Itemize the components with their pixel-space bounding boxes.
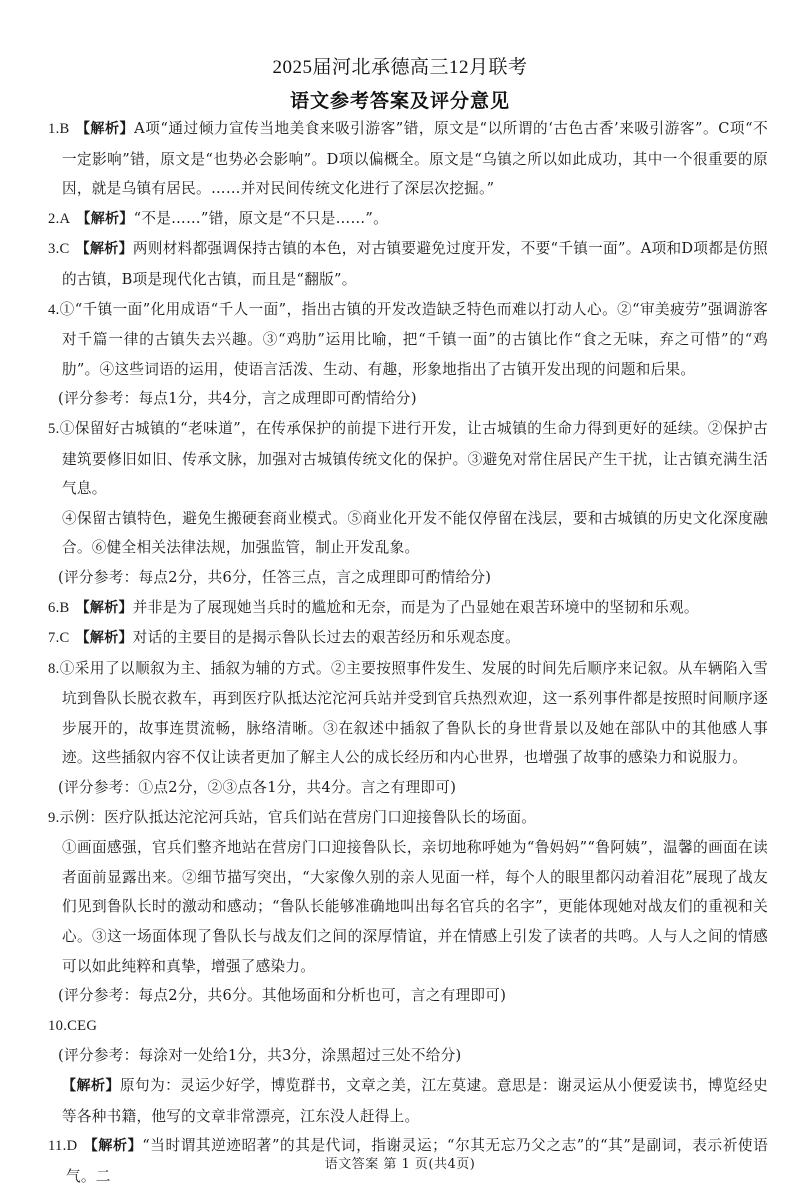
item-number: 5. bbox=[48, 421, 60, 437]
answer-text: ①采用了以顺叙为主、插叙为辅的方式。②主要按照事件发生、发展的时间先后顺序来记叙… bbox=[60, 660, 768, 767]
answer-item-6: 6.B【解析】并非是为了展现她当兵时的尴尬和无奈，而是为了凸显她在艰苦环境中的坚… bbox=[48, 593, 768, 624]
analysis-tag: 【解析】 bbox=[83, 1138, 142, 1154]
answer-text: ①“千镇一面”化用成语“千人一面”，指出古镇的开发改造缺乏特色而难以打动人心。②… bbox=[60, 301, 768, 378]
item-number: 4. bbox=[48, 302, 60, 318]
answer-text: 示例：医疗队抵达沱沱河兵站，官兵们站在营房门口迎接鲁队长的场面。 bbox=[60, 809, 537, 826]
answer-item-4: 4.①“千镇一面”化用成语“千人一面”，指出古镇的开发改造缺乏特色而难以打动人心… bbox=[48, 295, 768, 385]
item-number: 1.B bbox=[48, 121, 70, 137]
analysis-text: “不是……”错，原文是“不只是……”。 bbox=[134, 210, 388, 227]
answer-text: ①保留好古城镇的“老味道”，在传承保护的前提下进行开发，让古城镇的生命力得到更好… bbox=[60, 420, 768, 497]
item-number: 9. bbox=[48, 810, 60, 826]
analysis-text: 对话的主要目的是揭示鲁队长过去的艰苦经历和乐观态度。 bbox=[133, 629, 520, 646]
answer-item-9: 9.示例：医疗队抵达沱沱河兵站，官兵们站在营房门口迎接鲁队长的场面。 bbox=[48, 803, 768, 834]
answer-item-5: 5.①保留好古城镇的“老味道”，在传承保护的前提下进行开发，让古城镇的生命力得到… bbox=[48, 414, 768, 504]
item-number: 7.C bbox=[48, 630, 70, 646]
item-number: 10.CEG bbox=[48, 1018, 97, 1034]
item-number: 6.B bbox=[48, 600, 70, 616]
analysis-text: 并非是为了展现她当兵时的尴尬和无奈，而是为了凸显她在艰苦环境中的坚韧和乐观。 bbox=[133, 599, 699, 616]
analysis-tag: 【解析】 bbox=[62, 1078, 120, 1094]
answer-text-continued: ①画面感强，官兵们整齐地站在营房门口迎接鲁队长，亲切地称呼她为“鲁妈妈”“鲁阿姨… bbox=[48, 833, 768, 981]
scoring-note: (评分参考：每涂对一处给1分，共3分，涂黑超过三处不给分) bbox=[48, 1041, 768, 1071]
answer-item-3: 3.C【解析】两则材料都强调保持古镇的本色，对古镇要避免过度开发，不要“千镇一面… bbox=[48, 234, 768, 294]
item-number: 2.A bbox=[48, 211, 70, 227]
scoring-note: (评分参考：每点2分，共6分。其他场面和分析也可，言之有理即可) bbox=[48, 981, 768, 1011]
answer-item-10: 10.CEG bbox=[48, 1011, 768, 1042]
analysis-tag: 【解析】 bbox=[76, 211, 133, 227]
answer-item-7: 7.C【解析】对话的主要目的是揭示鲁队长过去的艰苦经历和乐观态度。 bbox=[48, 623, 768, 654]
answer-text-continued: ④保留古镇特色，避免生搬硬套商业模式。⑤商业化开发不能仅停留在浅层，要和古城镇的… bbox=[48, 504, 768, 563]
analysis-text: 原句为：灵运少好学，博览群书，文章之美，江左莫逮。意思是：谢灵运从小便爱读书，博… bbox=[62, 1077, 768, 1125]
answer-item-8: 8.①采用了以顺叙为主、插叙为辅的方式。②主要按照事件发生、发展的时间先后顺序来… bbox=[48, 654, 768, 773]
analysis-tag: 【解析】 bbox=[76, 600, 133, 616]
answer-item-2: 2.A【解析】“不是……”错，原文是“不只是……”。 bbox=[48, 204, 768, 235]
scoring-note: (评分参考：①点2分，②③点各1分，共4分。言之有理即可) bbox=[48, 773, 768, 803]
analysis-tag: 【解析】 bbox=[76, 241, 133, 257]
analysis-tag: 【解析】 bbox=[76, 121, 135, 137]
analysis-paragraph: 【解析】原句为：灵运少好学，博览群书，文章之美，江左莫逮。意思是：谢灵运从小便爱… bbox=[48, 1071, 768, 1131]
analysis-text: 两则材料都强调保持古镇的本色，对古镇要避免过度开发，不要“千镇一面”。A项和D项… bbox=[62, 240, 768, 288]
item-number: 3.C bbox=[48, 241, 70, 257]
analysis-tag: 【解析】 bbox=[76, 630, 133, 646]
answer-list: 1.B【解析】A项“通过倾力宣传当地美食来吸引游客”错，原文是“以所谓的‘古色古… bbox=[48, 114, 768, 1191]
page-footer: 语文答案 第 1 页(共4页) bbox=[0, 1153, 800, 1172]
scoring-note: (评分参考：每点1分，共4分，言之成理即可酌情给分) bbox=[48, 384, 768, 414]
document-page: 2025届河北承德高三12月联考 语文参考答案及评分意见 1.B【解析】A项“通… bbox=[0, 0, 800, 1201]
item-number: 11.D bbox=[48, 1138, 77, 1154]
item-number: 8. bbox=[48, 661, 60, 677]
analysis-text: A项“通过倾力宣传当地美食来吸引游客”错，原文是“以所谓的‘古色古香’来吸引游客… bbox=[62, 120, 768, 197]
scoring-note: (评分参考：每点2分，共6分，任答三点，言之成理即可酌情给分) bbox=[48, 563, 768, 593]
exam-title: 2025届河北承德高三12月联考 bbox=[0, 52, 800, 79]
answer-key-title: 语文参考答案及评分意见 bbox=[0, 86, 800, 113]
answer-item-1: 1.B【解析】A项“通过倾力宣传当地美食来吸引游客”错，原文是“以所谓的‘古色古… bbox=[48, 114, 768, 204]
